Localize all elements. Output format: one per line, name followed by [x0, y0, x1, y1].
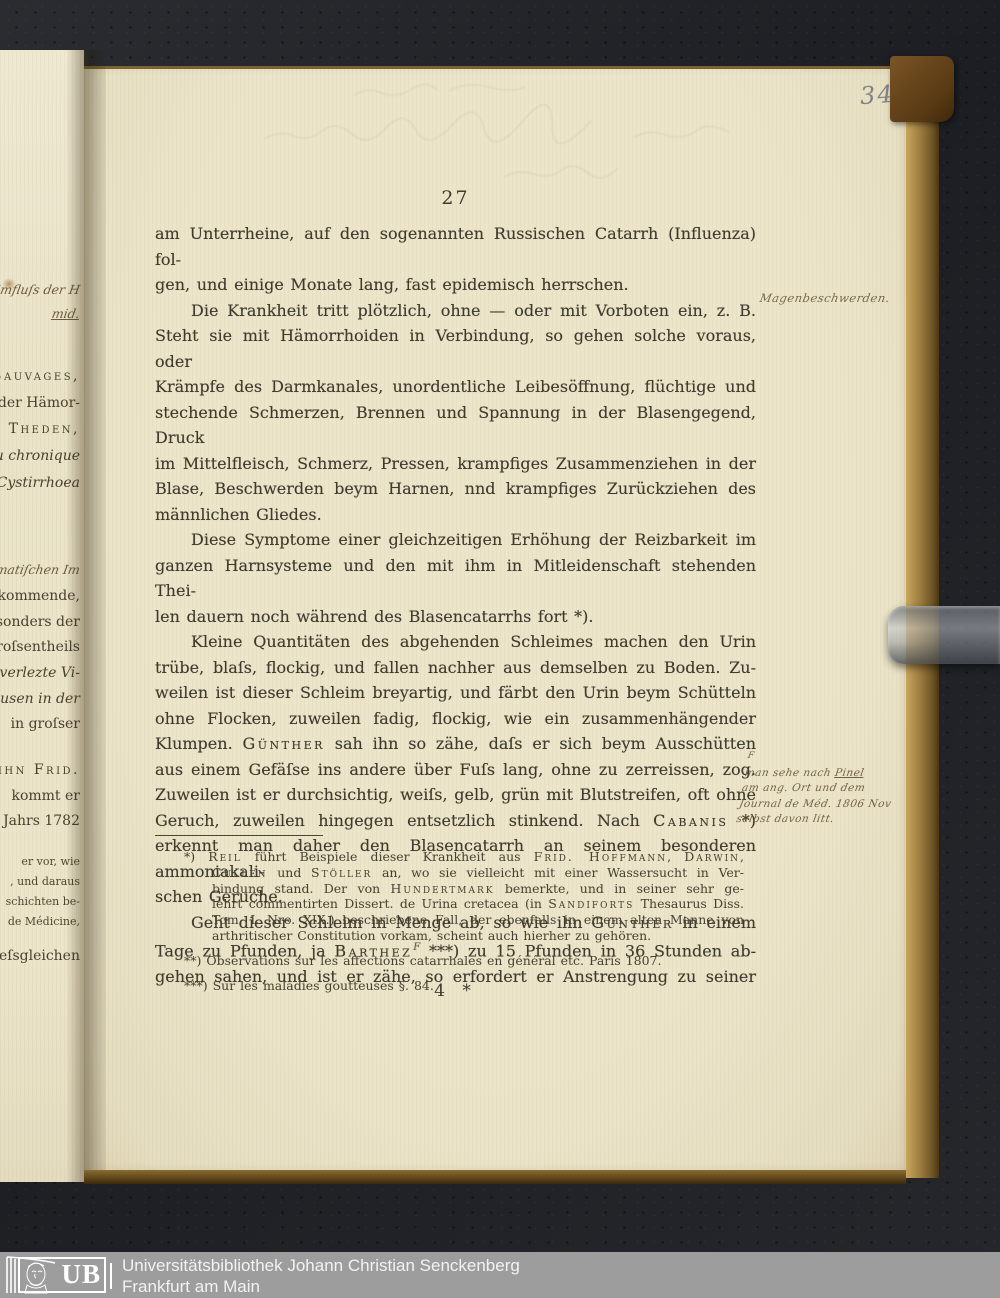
text-line: weilen ist dieser Schleim breyartig, und…	[155, 680, 756, 706]
text-segment: trübe, blaſs, flockig, und fallen nachhe…	[155, 658, 756, 677]
text-segment: Cabanis	[653, 811, 728, 830]
text-line: im Mittelfleisch, Schmerz, Pressen, kram…	[155, 451, 756, 477]
text-segment: Cullen	[212, 865, 268, 880]
text-segment: Hundertmark	[391, 881, 495, 896]
adjacent-page-text-fragment: usen in der	[0, 691, 80, 707]
text-line: **) Observations sur les affections cata…	[184, 953, 744, 969]
text-segment: Zuweilen ist er durchsichtig, weiſs, gel…	[155, 785, 756, 804]
margin-note-line: man sehe nach Pinel	[743, 766, 921, 782]
footnote-gap	[184, 969, 744, 978]
text-segment: bindung stand. Der von	[212, 881, 391, 896]
adjacent-page-text-fragment: de Médicine,	[8, 915, 80, 928]
adjacent-page-text-fragment: hleimfluſs der H	[0, 282, 81, 297]
text-line: ohne Flocken, zuweilen fadig, flockig, w…	[155, 706, 756, 732]
text-segment: Tom. I. Nro. XIX.) beschriebene Fall, de…	[212, 912, 744, 927]
text-segment: bemerkte, und in seiner sehr ge-	[494, 881, 744, 896]
footnote-rule	[155, 835, 323, 836]
text-line: *) Reil führt Beispiele dieser Krankheit…	[184, 849, 744, 865]
text-line: aus einem Gefäſse ins andere über Fuſs l…	[155, 757, 756, 783]
text-segment: ganzen Harnsysteme und den mit ihm in Mi…	[155, 556, 756, 601]
text-segment: Kleine Quantitäten des abgehenden Schlei…	[191, 632, 756, 651]
adjacent-page-text-fragment: Jahrs 1782	[3, 813, 80, 829]
adjacent-page-text-fragment: Deſsgleichen	[0, 948, 80, 964]
text-segment: Steht sie mit Hämorrhoiden in Verbindung…	[155, 326, 756, 371]
text-segment: ,	[667, 849, 684, 864]
text-segment: weilen ist dieser Schleim breyartig, und…	[155, 683, 756, 702]
text-segment: Stöller	[311, 865, 372, 880]
text-segment: am Unterrheine, auf den sogenannten Russ…	[155, 224, 756, 269]
footer-bar: UB Universitätsbibliothek Johann Christi…	[0, 1252, 1000, 1298]
adjacent-page-text-fragment: verlezte Vi-	[0, 665, 80, 681]
text-line: Klumpen. Günther sah ihn so zähe, daſs e…	[155, 731, 756, 757]
text-segment: Reil	[208, 849, 242, 864]
adjacent-page-text-fragment: groſsentheils	[0, 639, 80, 655]
text-line: am Unterrheine, auf den sogenannten Russ…	[155, 221, 756, 272]
text-segment: Die Krankheit tritt plötzlich, ohne — od…	[191, 301, 756, 320]
text-segment: ohne Flocken, zuweilen fadig, flockig, w…	[155, 709, 756, 728]
text-line: Tom. I. Nro. XIX.) beschriebene Fall, de…	[212, 912, 744, 928]
page-bottom-edge	[84, 1170, 906, 1184]
text-line: len dauern noch während des Blasencatarr…	[155, 604, 756, 630]
adjacent-page-text-fragment: ou chronique	[0, 448, 80, 464]
page-holder-strap	[888, 606, 1000, 664]
text-segment: führt Beispiele dieser Krankheit aus	[242, 849, 534, 864]
text-line: Steht sie mit Hämorrhoiden in Verbindung…	[155, 323, 756, 374]
text-line: trübe, blaſs, flockig, und fallen nachhe…	[155, 655, 756, 681]
text-segment: aus einem Gefäſse ins andere über Fuſs l…	[155, 760, 756, 779]
adjacent-page-text-fragment: schichten be-	[6, 895, 80, 908]
adjacent-page-text-fragment: , und daraus	[10, 875, 80, 888]
adjacent-page-text-fragment: mid.	[51, 306, 81, 321]
text-line: ganzen Harnsysteme und den mit ihm in Mi…	[155, 553, 756, 604]
adjacent-page-text-fragment: Sauvages,	[0, 368, 80, 384]
text-line: Cullen und Stöller an, wo sie vielleicht…	[212, 865, 744, 881]
text-line: Geruch, zuweilen hingegen entsetzlich st…	[155, 808, 756, 834]
footnote-gap	[184, 944, 744, 953]
text-segment: Sandiforts	[548, 896, 634, 911]
adjacent-page-text-fragment: kommt er	[11, 788, 80, 804]
book-page: 34 27 am Unterrheine, auf den sogenannte…	[84, 66, 906, 1177]
margin-note-line: selbst davon litt.	[735, 812, 913, 828]
text-line: Die Krankheit tritt plötzlich, ohne — od…	[155, 298, 756, 324]
text-segment: stechende Schmerzen, Brennen und Spannun…	[155, 403, 756, 448]
ub-logo: UB	[4, 1255, 116, 1295]
previous-page-edge: hleimfluſs der Hmid.Sauvages,oder Hämor-…	[0, 50, 84, 1182]
signature-mark: 4 *	[155, 981, 756, 1001]
library-name-line2: Frankfurt am Main	[122, 1276, 520, 1297]
text-line: arthritischer Constitution vorkam, schei…	[212, 928, 744, 944]
binding-corner	[890, 56, 954, 122]
text-segment: ,	[740, 849, 744, 864]
library-name-line1: Universitätsbibliothek Johann Christian …	[122, 1255, 520, 1276]
logo-separator	[110, 1263, 112, 1289]
library-name: Universitätsbibliothek Johann Christian …	[122, 1255, 520, 1297]
text-line: Kleine Quantitäten des abgehenden Schlei…	[155, 629, 756, 655]
text-segment: len dauern noch während des Blasencatarr…	[155, 607, 593, 626]
text-line: bindung stand. Der von Hundertmark bemer…	[212, 881, 744, 897]
text-segment: Darwin	[684, 849, 740, 864]
text-line: Krämpfe des Darmkanales, unordentliche L…	[155, 374, 756, 400]
ub-logo-label: UB	[61, 1259, 101, 1290]
ink-showthrough-decoration	[204, 77, 824, 197]
adjacent-page-text-fragment: esonders der	[0, 614, 80, 630]
adjacent-page-text-fragment: ihn Frid.	[0, 762, 80, 778]
note-reference-mark: F	[746, 749, 924, 765]
text-segment: gen, und einige Monate lang, fast epidem…	[155, 275, 629, 294]
text-segment: **) Observations sur les affections cata…	[184, 953, 661, 968]
text-segment: sah ihn so zähe, daſs er sich beym Aussc…	[325, 734, 756, 753]
text-segment: Günther	[243, 734, 325, 753]
adjacent-page-text-fragment: er vor, wie	[21, 855, 80, 868]
text-segment: männlichen Gliedes.	[155, 505, 322, 524]
text-segment: Frid. Hoffmann	[534, 849, 668, 864]
text-line: männlichen Gliedes.	[155, 502, 756, 528]
text-segment: Diese Symptome einer gleichzeitigen Erhö…	[191, 530, 756, 549]
adjacent-page-text-fragment: oder Hämor-	[0, 395, 80, 411]
text-line: lehrt commentirten Dissert. de Urina cre…	[212, 896, 744, 912]
text-segment: an, wo sie vielleicht mit einer Wassersu…	[372, 865, 744, 880]
ub-logo-box: UB	[18, 1257, 106, 1293]
book-scan-background: hleimfluſs der Hmid.Sauvages,oder Hämor-…	[0, 0, 1000, 1298]
adjacent-page-text-fragment: flegmatiſchen Im	[0, 562, 81, 577]
adjacent-page-text-fragment: Theden,	[9, 421, 80, 437]
margin-note-line: Journal de Méd. 1806 Nov	[738, 797, 916, 813]
footnotes: *) Reil führt Beispiele dieser Krankheit…	[184, 849, 744, 993]
adjacent-page-text-fragment: kommende,	[0, 588, 80, 604]
text-segment: arthritischer Constitution vorkam, schei…	[212, 928, 651, 943]
text-segment: lehrt commentirten Dissert. de Urina cre…	[212, 896, 548, 911]
text-line: stechende Schmerzen, Brennen und Spannun…	[155, 400, 756, 451]
margin-note-line: am ang. Ort und dem	[741, 781, 919, 797]
text-line: gen, und einige Monate lang, fast epidem…	[155, 272, 756, 298]
text-segment: Krämpfe des Darmkanales, unordentliche L…	[155, 377, 756, 396]
text-segment: *)	[184, 849, 208, 864]
text-segment: Geruch, zuweilen hingegen entsetzlich st…	[155, 811, 653, 830]
text-line: Zuweilen ist er durchsichtig, weiſs, gel…	[155, 782, 756, 808]
text-segment: und	[268, 865, 311, 880]
text-segment: Blase, Beschwerden beym Harnen, nnd kram…	[155, 479, 756, 498]
page-number: 27	[155, 187, 756, 209]
text-segment: Thesaurus Diss.	[634, 896, 744, 911]
text-line: Diese Symptome einer gleichzeitigen Erhö…	[155, 527, 756, 553]
underlined-name: Pinel	[834, 767, 865, 779]
text-segment: im Mittelfleisch, Schmerz, Pressen, kram…	[155, 454, 756, 473]
text-line: Blase, Beschwerden beym Harnen, nnd kram…	[155, 476, 756, 502]
adjacent-page-text-fragment: , Cystirrhoea	[0, 475, 80, 491]
text-segment: Klumpen.	[155, 734, 243, 753]
margin-note-pinel: Fman sehe nach Pinelam ang. Ort und demJ…	[735, 749, 924, 828]
adjacent-page-text-fragment: in groſser	[11, 716, 80, 732]
